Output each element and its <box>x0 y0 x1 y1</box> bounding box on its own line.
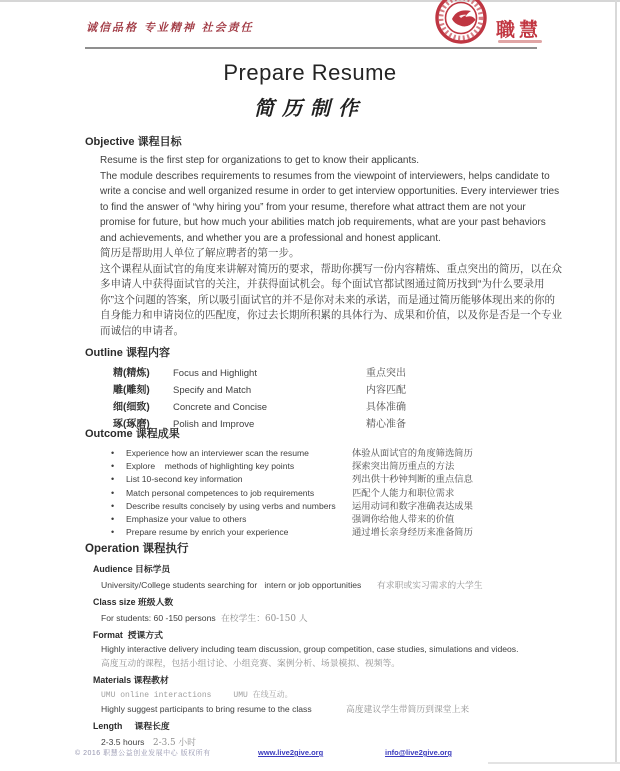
materials-umu-chinese: UMU 在线互动。 <box>233 689 292 700</box>
outcome-item: • Experience how an interviewer scan the… <box>111 445 565 458</box>
objective-paragraph-en: Resume is the first step for organizatio… <box>100 153 562 169</box>
section-operation: Operation 课程执行 Audience 目标学员 University/… <box>85 540 565 750</box>
bullet-icon: • <box>111 488 126 498</box>
page-title-chinese: 简历制作 <box>0 92 620 121</box>
objective-paragraph-zh: 简历是帮助用人单位了解应聘者的第一步。 <box>100 246 562 262</box>
objective-body: Resume is the first step for organizatio… <box>100 153 562 339</box>
outcome-item: • Explore methods of highlighting key po… <box>111 458 565 471</box>
outline-key: 精(精炼) <box>113 364 173 379</box>
bullet-icon: • <box>111 514 126 524</box>
brand-tagline-artifact <box>498 40 542 43</box>
materials-label: Materials 课程教材 <box>93 673 565 686</box>
bullet-icon: • <box>111 474 126 484</box>
length-chinese: 2-3.5 小时 <box>153 735 196 748</box>
outline-heading: Outline 课程内容 <box>85 344 565 360</box>
brand-slogan: 诚信品格 专业精神 社会责任 <box>86 19 254 35</box>
outcome-english: List 10-second key information <box>126 474 352 484</box>
outcome-item: • List 10-second key information 列出供十秒钟判… <box>111 471 565 484</box>
bullet-icon: • <box>111 527 126 537</box>
materials-line-resume: Highly suggest participants to bring res… <box>101 702 565 715</box>
email-link[interactable]: info@live2give.org <box>385 748 452 757</box>
format-value-english: Highly interactive delivery including te… <box>101 644 565 654</box>
brand-logo: 職慧 <box>432 0 582 50</box>
class-size-english: For students: 60 -150 persons <box>101 613 221 623</box>
class-size-value: For students: 60 -150 persons 在校学生：60-15… <box>101 611 565 624</box>
audience-chinese: 有求职或实习需求的大学生 <box>377 578 483 591</box>
materials-line-umu: UMU online interactions UMU 在线互动。 <box>101 689 565 700</box>
materials-umu-english: UMU online interactions <box>101 691 211 700</box>
outcome-chinese: 匹配个人能力和职位需求 <box>352 485 565 499</box>
outline-chinese: 具体准确 <box>366 398 565 413</box>
outline-english: Concrete and Concise <box>173 402 366 413</box>
section-objective: Objective 课程目标 Resume is the first step … <box>85 133 565 339</box>
outcome-chinese: 运用动词和数字准确表达成果 <box>352 498 565 512</box>
outline-row: 细(细致) Concrete and Concise 具体准确 <box>113 398 565 415</box>
outline-row: 精(精炼) Focus and Highlight 重点突出 <box>113 364 565 381</box>
format-label: Format 授课方式 <box>93 628 565 641</box>
outcome-item: • Match personal competences to job requ… <box>111 485 565 498</box>
operation-heading: Operation 课程执行 <box>85 540 565 556</box>
materials-chinese: 高度建议学生带简历到课堂上来 <box>346 702 469 715</box>
outcome-item: • Emphasize your value to others 强调你给他人带… <box>111 511 565 524</box>
logo-seal-icon <box>432 0 490 50</box>
copyright-text: © 2016 职慧公益创业发展中心 版权所有 <box>75 748 211 758</box>
outcome-chinese: 体验从面试官的角度筛选简历 <box>352 445 565 459</box>
objective-heading: Objective 课程目标 <box>85 133 565 149</box>
length-label: Length 课程长度 <box>93 719 565 732</box>
outcome-chinese: 通过增长亲身经历来准备简历 <box>352 524 565 538</box>
section-outcome: Outcome 课程成果 • Experience how an intervi… <box>85 425 565 537</box>
outline-english: Specify and Match <box>173 385 366 396</box>
header-divider <box>85 47 537 49</box>
scan-edge-bottom <box>488 762 620 764</box>
audience-label: Audience 目标学员 <box>93 562 565 575</box>
bullet-icon: • <box>111 501 126 511</box>
outcome-english: Describe results concisely by using verb… <box>126 501 352 511</box>
outcome-english: Prepare resume by enrich your experience <box>126 527 352 537</box>
format-value-chinese: 高度互动的课程，包括小组讨论、小组竞赛、案例分析、场景模拟、视频等。 <box>101 656 565 669</box>
outcome-english: Experience how an interviewer scan the r… <box>126 448 352 458</box>
bullet-icon: • <box>111 448 126 458</box>
audience-value: University/College students searching fo… <box>101 578 565 591</box>
outcome-heading: Outcome 课程成果 <box>85 425 565 441</box>
document-page: 诚信品格 专业精神 社会责任 職慧 Prepare Resume 简历制作 Ob… <box>0 0 620 771</box>
outline-chinese: 内容匹配 <box>366 381 565 396</box>
outcome-chinese: 探索突出简历重点的方法 <box>352 458 565 472</box>
outcome-chinese: 强调你给他人带来的价值 <box>352 511 565 525</box>
outcome-english: Match personal competences to job requir… <box>126 488 352 498</box>
outcome-item: • Prepare resume by enrich your experien… <box>111 524 565 537</box>
format-chinese: 高度互动的课程，包括小组讨论、小组竞赛、案例分析、场景模拟、视频等。 <box>101 656 400 669</box>
materials-english: Highly suggest participants to bring res… <box>101 704 346 714</box>
class-size-label: Class size 班级人数 <box>93 595 565 608</box>
format-english: Highly interactive delivery including te… <box>101 644 519 654</box>
length-english: 2-3.5 hours <box>101 737 153 747</box>
objective-paragraph-zh: 这个课程从面试官的角度来讲解对简历的要求，帮助你撰写一份内容精炼、重点突出的简历… <box>100 262 562 340</box>
outline-chinese: 重点突出 <box>366 364 565 379</box>
section-outline: Outline 课程内容 精(精炼) Focus and Highlight 重… <box>85 344 565 432</box>
outcome-english: Explore methods of highlighting key poin… <box>126 461 352 471</box>
outcome-item: • Describe results concisely by using ve… <box>111 498 565 511</box>
outline-key: 细(细致) <box>113 398 173 413</box>
length-value: 2-3.5 hours 2-3.5 小时 <box>101 735 565 748</box>
outcome-english: Emphasize your value to others <box>126 514 352 524</box>
website-link[interactable]: www.live2give.org <box>258 748 323 757</box>
outline-row: 雕(雕刻) Specify and Match 内容匹配 <box>113 381 565 398</box>
brand-name: 職慧 <box>496 15 542 42</box>
audience-english: University/College students searching fo… <box>101 580 377 590</box>
objective-paragraph-en: The module describes requirements to res… <box>100 169 562 247</box>
bullet-icon: • <box>111 461 126 471</box>
outline-key: 雕(雕刻) <box>113 381 173 396</box>
page-title-english: Prepare Resume <box>0 60 620 86</box>
outcome-chinese: 列出供十秒钟判断的重点信息 <box>352 471 565 485</box>
outline-english: Focus and Highlight <box>173 368 366 379</box>
class-size-chinese: 在校学生：60-150 人 <box>221 611 308 624</box>
